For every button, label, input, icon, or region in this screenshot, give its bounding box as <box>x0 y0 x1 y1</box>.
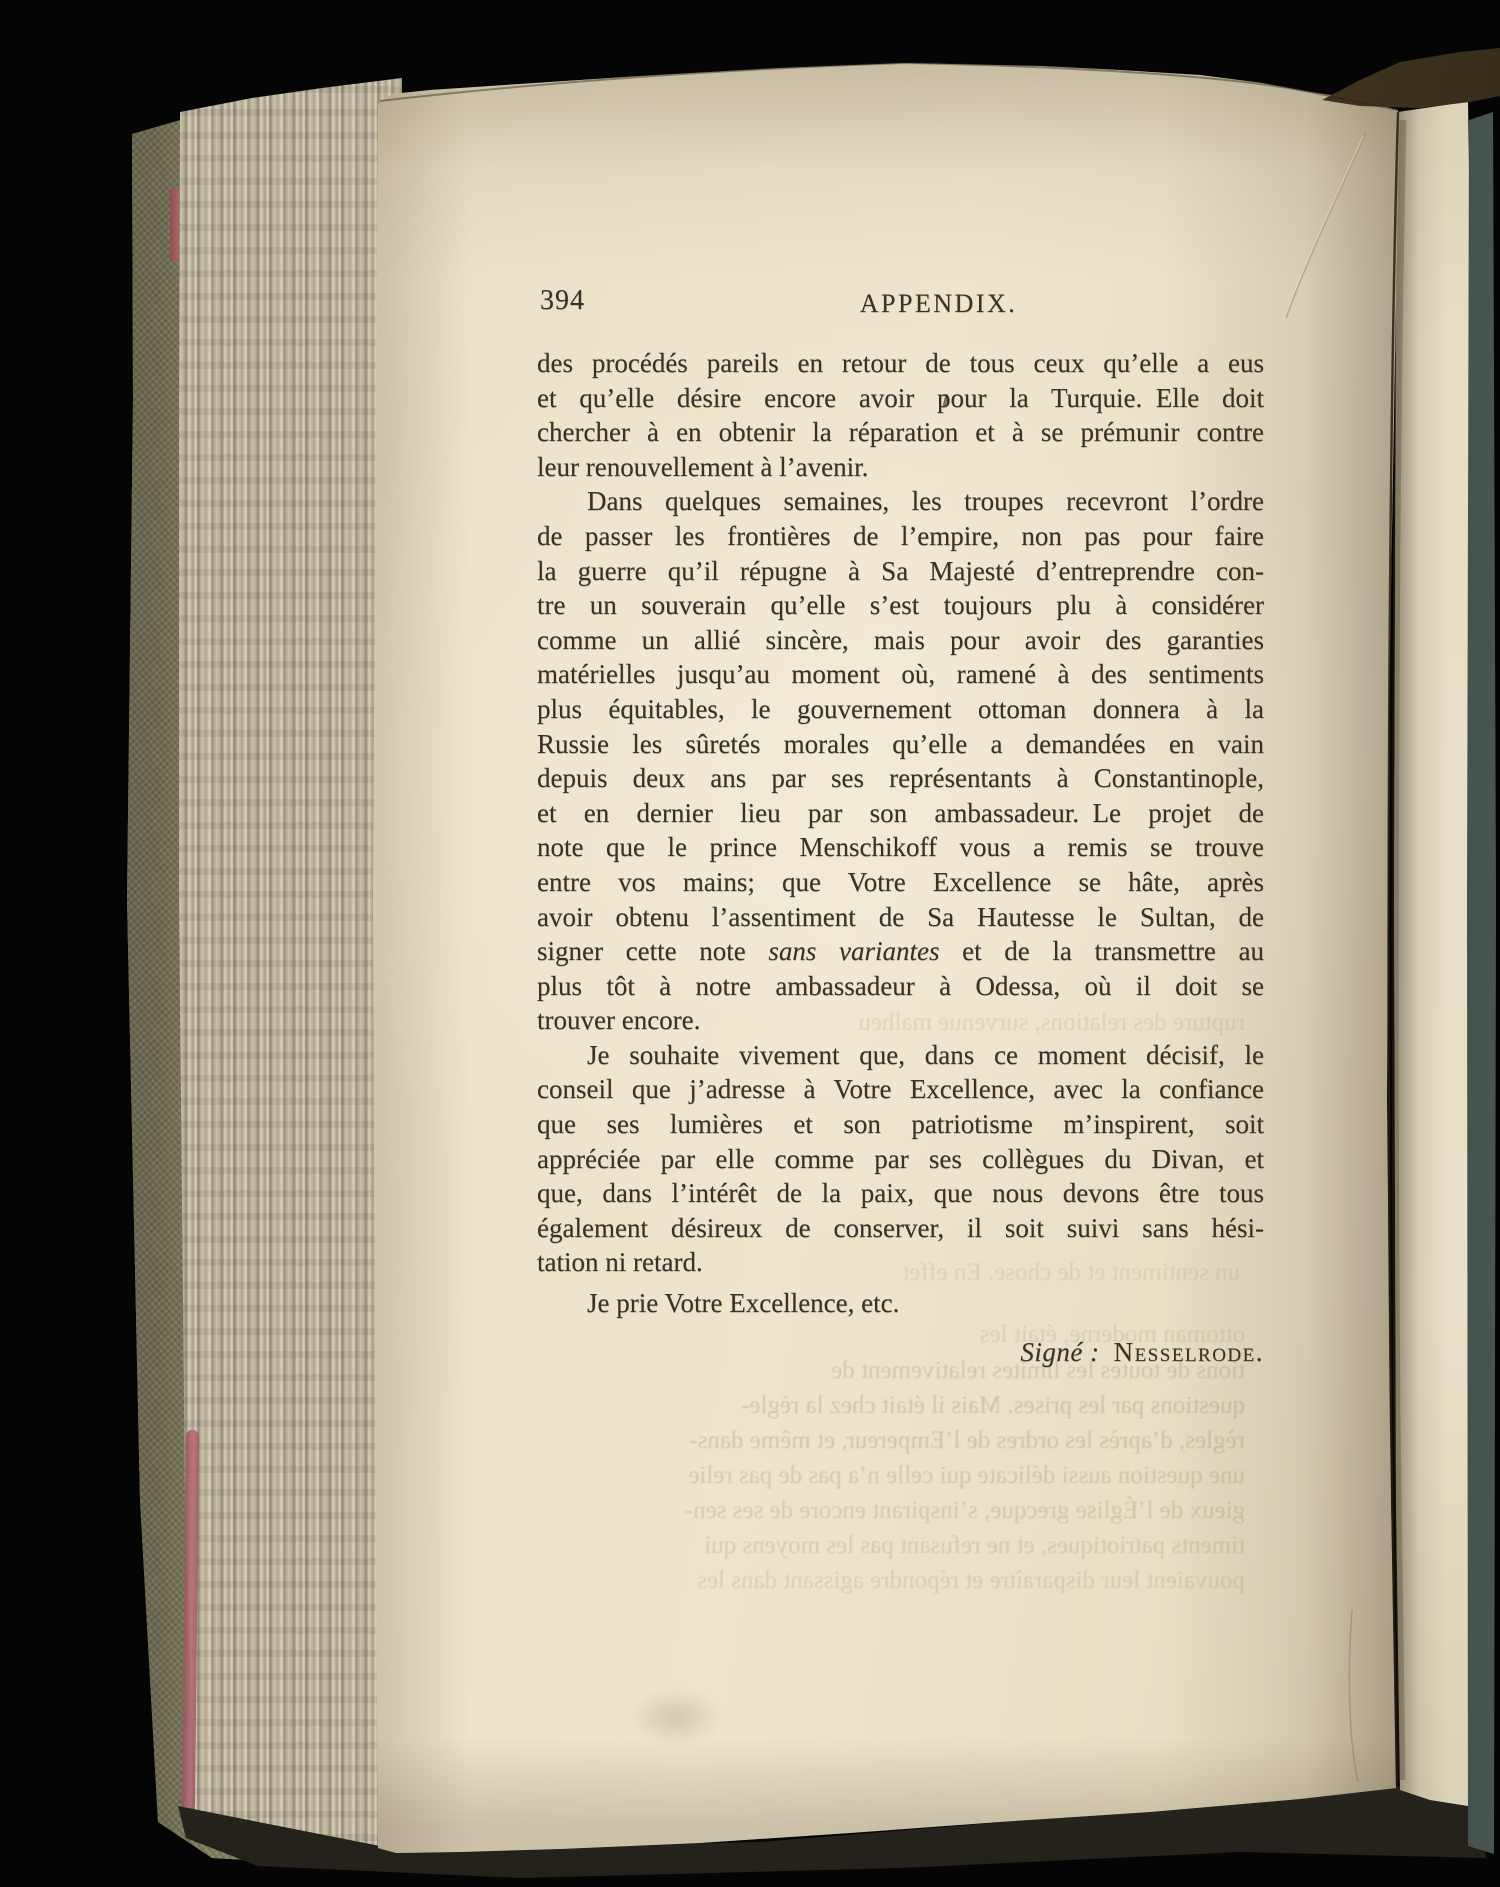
text-line: des procédés pareils en retour de tous c… <box>537 346 1264 381</box>
text-line: et qu’elle désire encore avoir pour la T… <box>537 381 1264 416</box>
text-line: conseil que j’adresse à Votre Excellence… <box>537 1072 1264 1107</box>
text-line: et en dernier lieu par son ambassadeur. … <box>537 796 1264 831</box>
text-line: Russie les sûretés morales qu’elle a dem… <box>537 727 1264 762</box>
page-stain <box>628 1688 724 1746</box>
text-line: chercher à en obtenir la réparation et à… <box>537 415 1264 450</box>
text-line: Dans quelques semaines, les troupes rece… <box>537 484 1264 519</box>
text-line: signer cette note sans variantes et de l… <box>537 934 1264 969</box>
text-line: leur renouvellement à l’avenir. <box>537 450 1264 485</box>
text-line: trouver encore. <box>537 1003 1264 1038</box>
text-line: la guerre qu’il répugne à Sa Majesté d’e… <box>537 554 1264 589</box>
running-header: APPENDIX. <box>537 289 1302 319</box>
text-line: depuis deux ans par ses représentants à … <box>537 761 1264 796</box>
text-line: Je prie Votre Excellence, etc. <box>537 1286 1264 1321</box>
text-line: que, dans l’intérêt de la paix, que nous… <box>537 1176 1264 1211</box>
signature-name: Nesselrode. <box>1114 1337 1264 1367</box>
text-line: comme un allié sincère, mais pour avoir … <box>537 623 1264 658</box>
text-line: entre vos mains; que Votre Excellence se… <box>537 865 1264 900</box>
signature-label: Signé : <box>1020 1337 1099 1367</box>
text-line: plus équitables, le gouvernement ottoman… <box>537 692 1264 727</box>
text-line: également désireux de conserver, il soit… <box>537 1211 1264 1246</box>
text-line: Je souhaite vivement que, dans ce moment… <box>537 1038 1264 1073</box>
signature-line: Signé :Nesselrode. <box>537 1337 1330 1368</box>
text-line: plus tôt à notre ambassadeur à Odessa, o… <box>537 969 1264 1004</box>
text-line: que ses lumières et son patriotisme m’in… <box>537 1107 1264 1142</box>
book-photo: rupture des relations, survenue malheuun… <box>0 0 1500 1887</box>
text-line: de passer les frontières de l’empire, no… <box>537 519 1264 554</box>
text-line: appréciée par elle comme par ses collègu… <box>537 1142 1264 1177</box>
text-line: tre un souverain qu’elle s’est toujours … <box>537 588 1264 623</box>
text-line: matérielles jusqu’au moment où, ramené à… <box>537 657 1264 692</box>
text-line: note que le prince Menschikoff vous a re… <box>537 830 1264 865</box>
body-text: des procédés pareils en retour de tous c… <box>537 346 1264 1321</box>
text-line: avoir obtenu l’assentiment de Sa Hautess… <box>537 900 1264 935</box>
text-line: tation ni retard. <box>537 1245 1264 1280</box>
